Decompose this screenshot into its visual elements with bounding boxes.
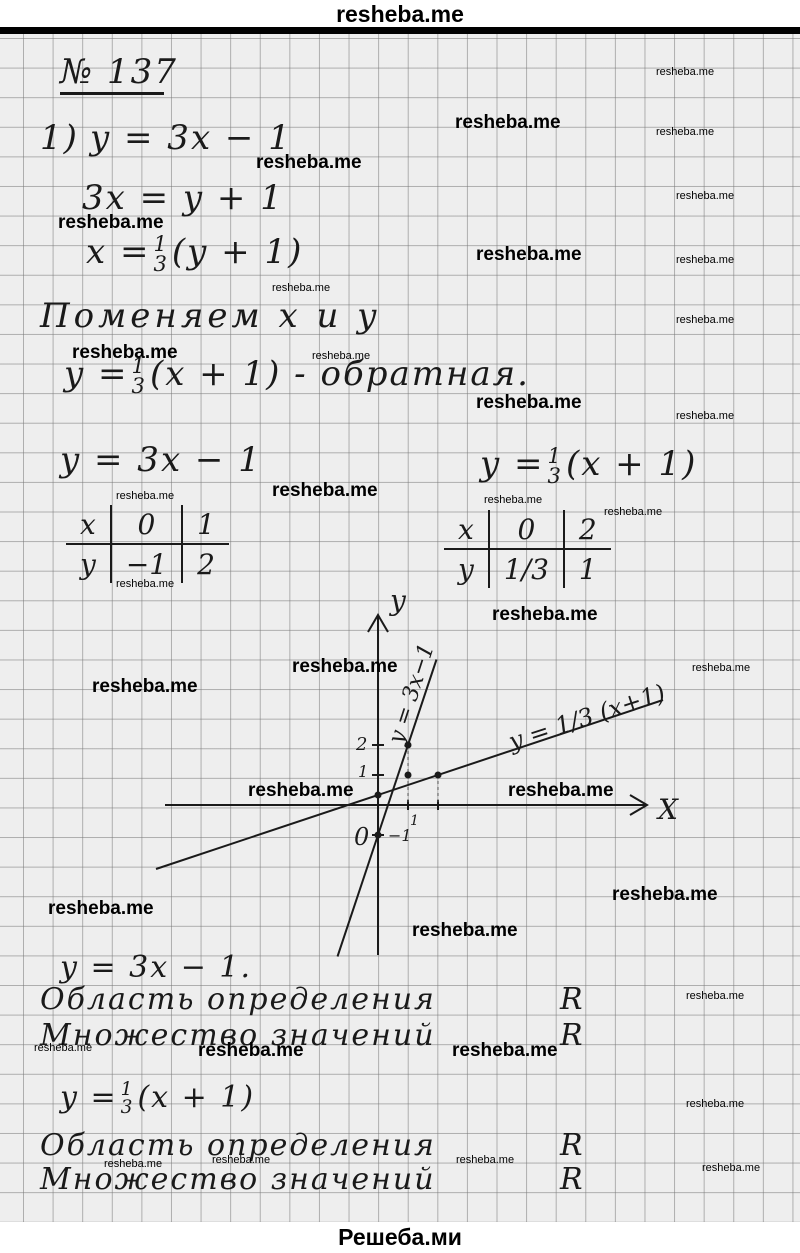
- function-graph: Xy0112−1y = 3x−1y = 1/3 (x+1): [150, 580, 690, 960]
- watermark: resheba.me: [702, 1162, 760, 1174]
- watermark: resheba.me: [248, 780, 354, 802]
- watermark: resheba.me: [686, 990, 744, 1002]
- conclusion2-function: y =13(x + 1): [60, 1080, 255, 1117]
- watermark: resheba.me: [676, 190, 734, 202]
- table-header-cell: 0: [489, 510, 564, 549]
- watermark: resheba.me: [492, 604, 598, 626]
- watermark: resheba.me: [656, 66, 714, 78]
- marked-point: [435, 772, 442, 779]
- watermark: resheba.me: [412, 920, 518, 942]
- watermark: resheba.me: [612, 884, 718, 906]
- site-header: resheba.me: [0, 0, 800, 27]
- table-cell: y: [66, 544, 111, 583]
- watermark: resheba.me: [58, 212, 164, 234]
- conclusion2-range-label: Множество значений: [40, 1162, 436, 1197]
- watermark: resheba.me: [476, 244, 582, 266]
- table2-title: y =13(x + 1): [480, 444, 697, 486]
- conclusion2-range-value: R: [560, 1162, 585, 1197]
- swap-variables-text: Поменяем x и y: [40, 296, 380, 336]
- table1-title: y = 3x − 1: [60, 440, 262, 480]
- watermark: resheba.me: [508, 780, 614, 802]
- x-axis-label: X: [656, 793, 679, 826]
- watermark: resheba.me: [48, 898, 154, 920]
- watermark: resheba.me: [116, 490, 174, 502]
- watermark: resheba.me: [604, 506, 662, 518]
- watermark: resheba.me: [476, 392, 582, 414]
- fraction: 13: [121, 1081, 135, 1116]
- line2-label: y = 1/3 (x+1): [504, 679, 668, 756]
- tick-label: 2: [355, 734, 367, 755]
- line-y-3x-minus-1: [338, 660, 437, 957]
- watermark: resheba.me: [34, 1042, 92, 1054]
- watermark: resheba.me: [312, 350, 370, 362]
- marked-point: [375, 792, 382, 799]
- conclusion1-range-value: R: [560, 1018, 585, 1053]
- site-footer: Решеба.ми: [0, 1222, 800, 1253]
- watermark: resheba.me: [92, 676, 198, 698]
- watermark: resheba.me: [676, 410, 734, 422]
- watermark: resheba.me: [452, 1040, 558, 1062]
- watermark: resheba.me: [198, 1040, 304, 1062]
- part-label: 1): [40, 118, 79, 158]
- conclusion1-domain-value: R: [560, 982, 585, 1017]
- tick-label: −1: [388, 826, 412, 845]
- marked-point: [375, 832, 382, 839]
- watermark: resheba.me: [692, 662, 750, 674]
- watermark: resheba.me: [292, 656, 398, 678]
- table-header-cell: 1: [182, 505, 229, 544]
- watermark: resheba.me: [256, 152, 362, 174]
- table-header-cell: 0: [111, 505, 182, 544]
- table-header-cell: x: [66, 505, 111, 544]
- y-axis-label: y: [388, 584, 407, 617]
- value-table-inverse: x 0 2 y 1/3 1: [444, 510, 611, 588]
- origin-label: 0: [354, 823, 369, 851]
- watermark: resheba.me: [676, 314, 734, 326]
- watermark: resheba.me: [272, 282, 330, 294]
- watermark: resheba.me: [455, 112, 561, 134]
- watermark: resheba.me: [686, 1098, 744, 1110]
- top-border: [0, 27, 800, 34]
- fraction: 13: [153, 234, 168, 274]
- marked-point: [405, 772, 412, 779]
- value-table-linear: x 0 1 y −1 2: [66, 505, 229, 583]
- table-header-cell: x: [444, 510, 489, 549]
- problem-number: № 137: [60, 52, 178, 92]
- watermark: resheba.me: [116, 578, 174, 590]
- equation-x-expressed: x =13(y + 1): [86, 232, 303, 274]
- conclusion1-function: y = 3x − 1.: [60, 950, 252, 985]
- watermark: resheba.me: [456, 1154, 514, 1166]
- watermark: resheba.me: [676, 254, 734, 266]
- problem-number-underline: [60, 92, 164, 95]
- fraction: 13: [548, 446, 563, 486]
- table-cell: 2: [182, 544, 229, 583]
- tick-label: 1: [358, 762, 368, 781]
- watermark: resheba.me: [656, 126, 714, 138]
- watermark: resheba.me: [72, 342, 178, 364]
- watermark: resheba.me: [484, 494, 542, 506]
- conclusion2-domain-value: R: [560, 1128, 585, 1163]
- conclusion1-domain-label: Область определения: [40, 982, 436, 1017]
- watermark: resheba.me: [104, 1158, 162, 1170]
- watermark: resheba.me: [212, 1154, 270, 1166]
- watermark: resheba.me: [272, 480, 378, 502]
